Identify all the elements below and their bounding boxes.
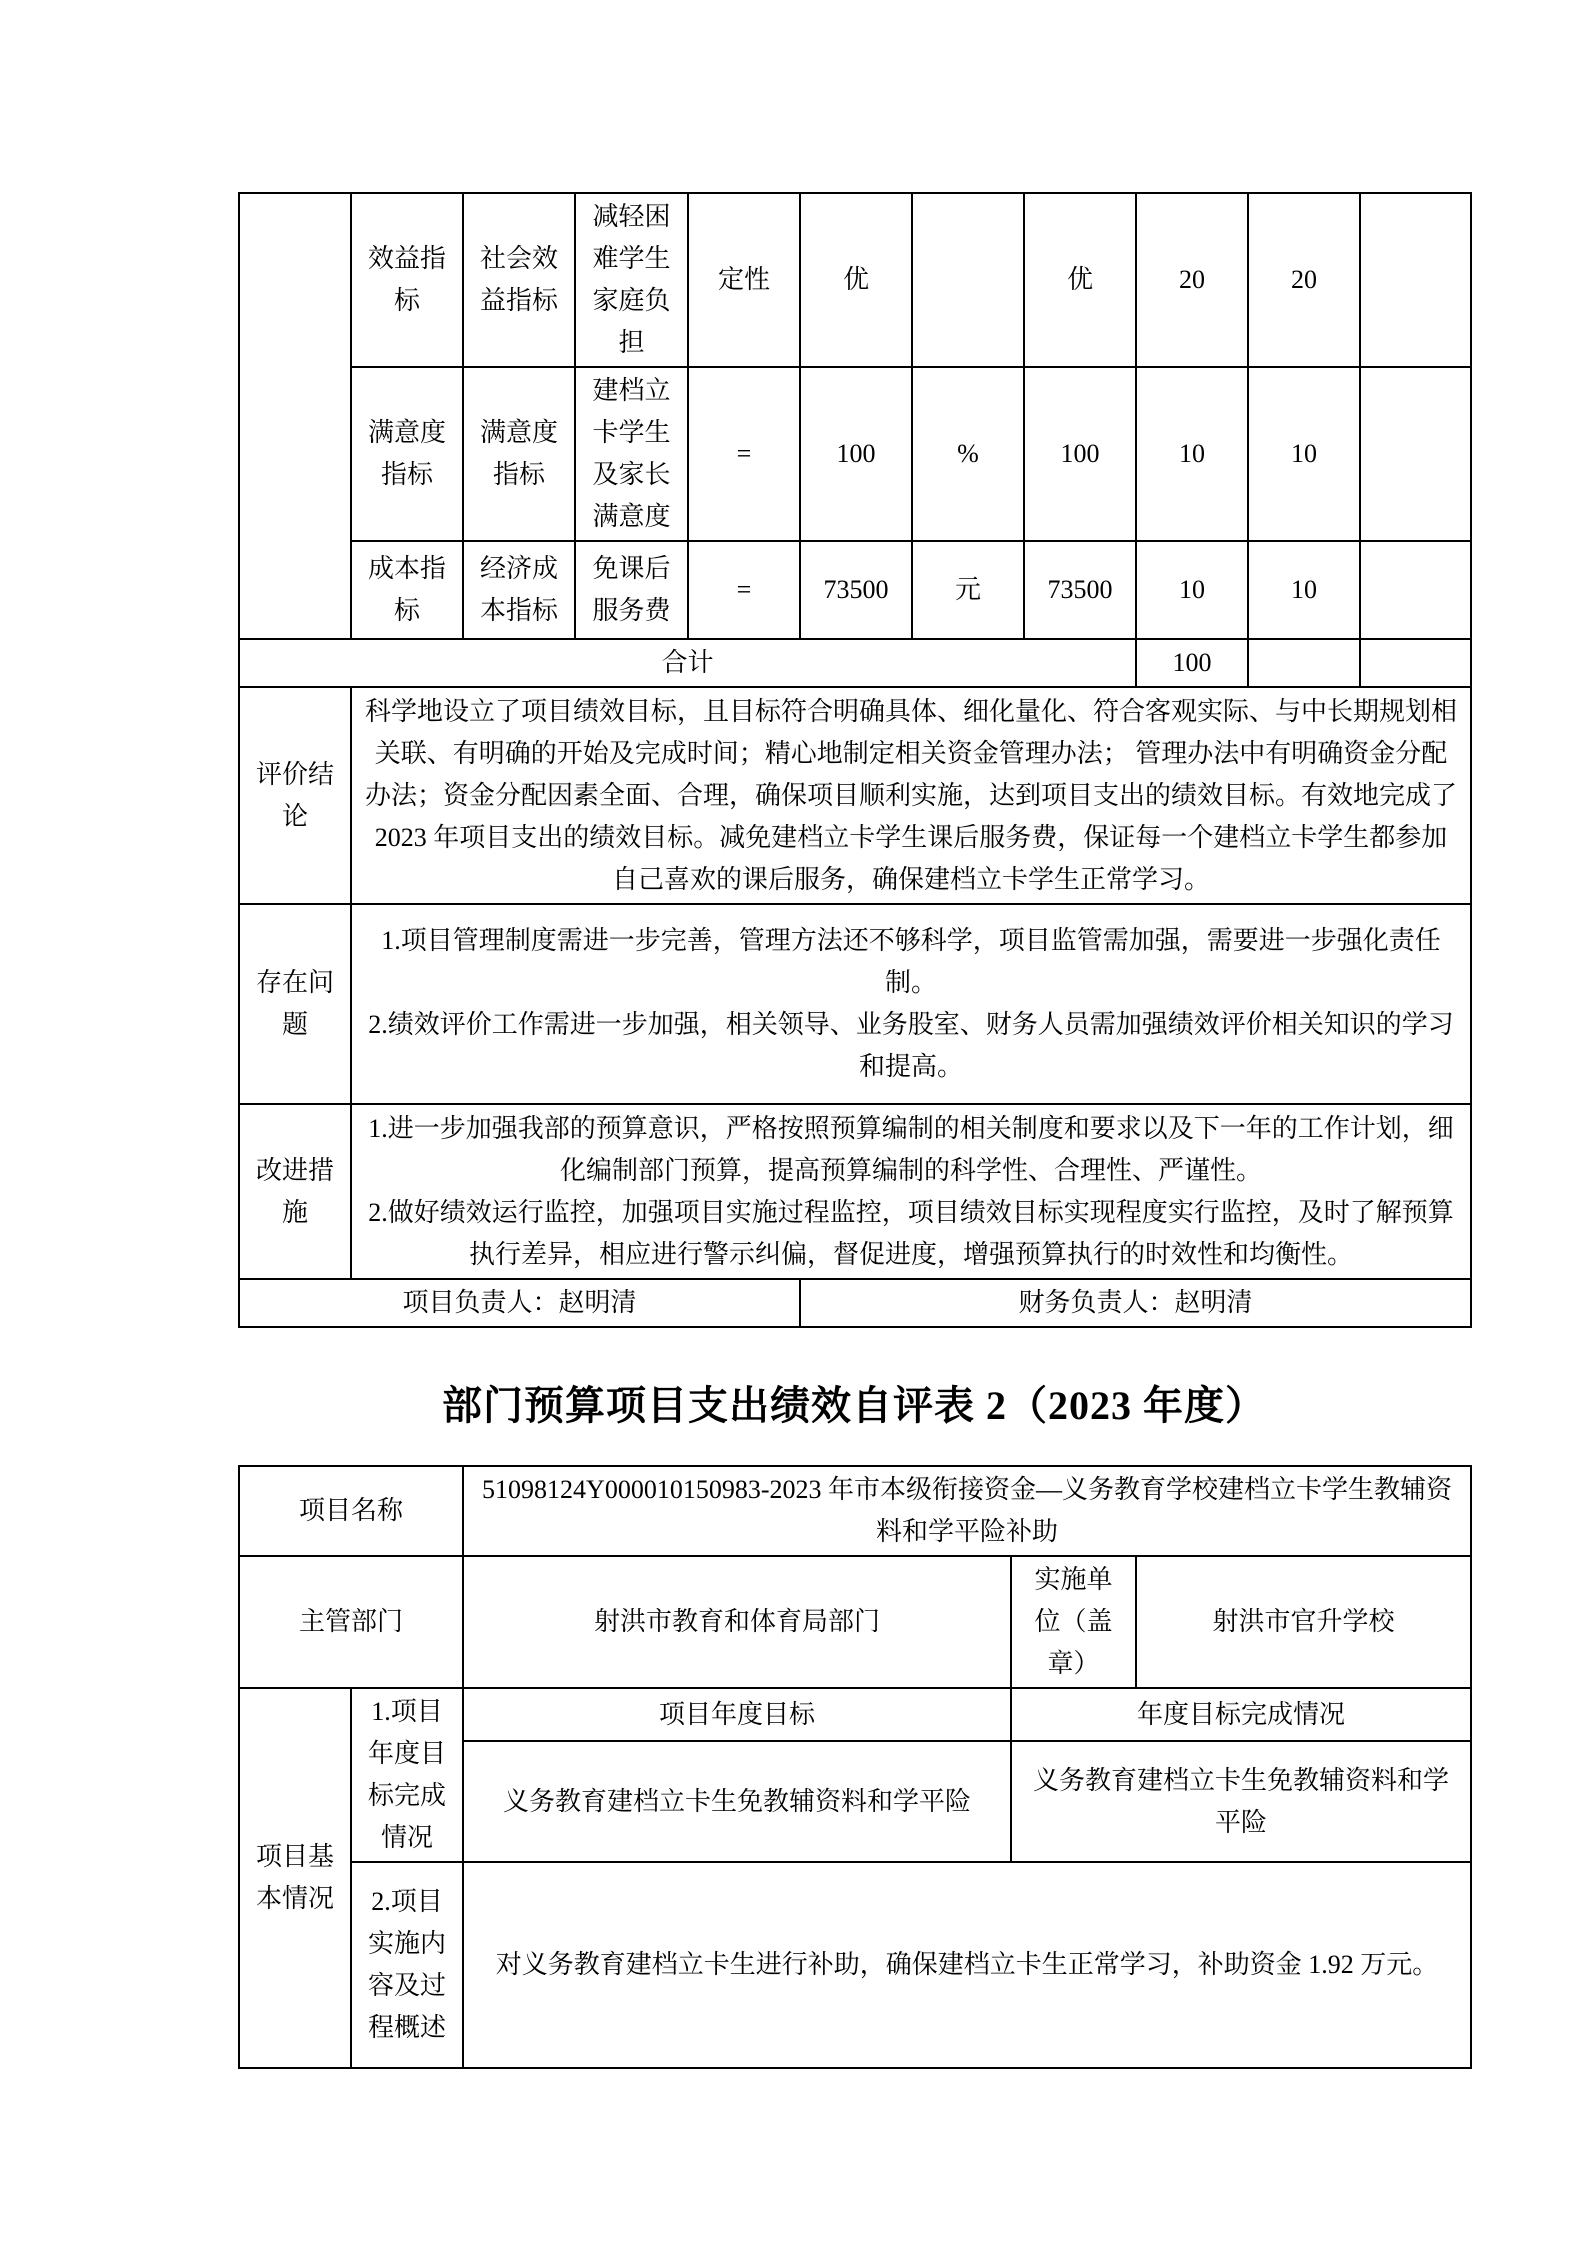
total-label-cell: 合计 [239,639,1136,687]
blank-cell [1360,367,1471,541]
indicator-level2-cell: 满意度指标 [463,367,575,541]
target-value-cell: 优 [800,193,912,367]
indicator-level2-cell: 经济成本指标 [463,541,575,639]
annual-goal-header-cell: 项目年度目标 [463,1688,1011,1741]
impl-unit-value-cell: 射洪市官升学校 [1136,1556,1471,1688]
table-row: 满意度指标 满意度指标 建档立卡学生及家长满意度 = 100 % 100 10 … [239,367,1471,541]
finance-manager-cell: 财务负责人：赵明清 [800,1279,1471,1327]
self-evaluation-table-2: 项目名称 51098124Y000010150983-2023 年市本级衔接资金… [238,1465,1472,2069]
score-cell: 20 [1248,193,1360,367]
goal-completion-text-cell: 义务教育建档立卡生免教辅资料和学平险 [1011,1741,1471,1862]
impl-text-cell: 对义务教育建档立卡生进行补助，确保建档立卡生正常学习，补助资金 1.92 万元。 [463,1862,1471,2068]
unit-cell: % [912,367,1024,541]
blank-cell [1360,541,1471,639]
project-name-value-cell: 51098124Y000010150983-2023 年市本级衔接资金—义务教育… [463,1466,1471,1556]
indicator-group-cell [239,193,351,639]
project-manager-cell: 项目负责人：赵明清 [239,1279,800,1327]
goal-row-label-cell: 1.项目年度目标完成情况 [351,1688,463,1862]
blank-cell [1360,639,1471,687]
total-row: 合计 100 [239,639,1471,687]
project-name-row: 项目名称 51098124Y000010150983-2023 年市本级衔接资金… [239,1466,1471,1556]
document-page: 效益指标 社会效益指标 减轻困难学生家庭负担 定性 优 优 20 20 满意度指… [0,0,1587,2245]
implementation-row: 2.项目实施内容及过程概述 对义务教育建档立卡生进行补助，确保建档立卡生正常学习… [239,1862,1471,2068]
score-cell: 10 [1248,367,1360,541]
basic-info-label-cell: 项目基本情况 [239,1688,351,2068]
indicator-level1-cell: 成本指标 [351,541,463,639]
actual-value-cell: 100 [1024,367,1136,541]
score-cell: 10 [1248,541,1360,639]
blank-cell [1248,639,1360,687]
blank-cell [1360,193,1471,367]
goal-header-row: 项目基本情况 1.项目年度目标完成情况 项目年度目标 年度目标完成情况 [239,1688,1471,1741]
unit-cell: 元 [912,541,1024,639]
actual-value-cell: 73500 [1024,541,1136,639]
conclusion-label-cell: 评价结论 [239,687,351,904]
target-value-cell: 73500 [800,541,912,639]
self-evaluation-table-1: 效益指标 社会效益指标 减轻困难学生家庭负担 定性 优 优 20 20 满意度指… [238,192,1472,1328]
impl-row-label-cell: 2.项目实施内容及过程概述 [351,1862,463,2068]
indicator-level3-cell: 减轻困难学生家庭负担 [575,193,688,367]
conclusion-text-cell: 科学地设立了项目绩效目标，且目标符合明确具体、细化量化、符合客观实际、与中长期规… [351,687,1471,904]
project-name-label-cell: 项目名称 [239,1466,463,1556]
annual-goal-text-cell: 义务教育建档立卡生免教辅资料和学平险 [463,1741,1011,1862]
metric-type-cell: = [688,367,800,541]
metric-type-cell: = [688,541,800,639]
measures-text-cell: 1.进一步加强我部的预算意识，严格按照预算编制的相关制度和要求以及下一年的工作计… [351,1104,1471,1279]
problems-row: 存在问题 1.项目管理制度需进一步完善，管理方法还不够科学，项目监管需加强，需要… [239,904,1471,1104]
actual-value-cell: 优 [1024,193,1136,367]
indicator-level1-cell: 效益指标 [351,193,463,367]
score-weight-cell: 10 [1136,541,1248,639]
target-value-cell: 100 [800,367,912,541]
impl-unit-label-cell: 实施单位（盖章） [1011,1556,1136,1688]
indicator-level3-cell: 建档立卡学生及家长满意度 [575,367,688,541]
goal-completion-header-cell: 年度目标完成情况 [1011,1688,1471,1741]
indicator-level1-cell: 满意度指标 [351,367,463,541]
department-value-cell: 射洪市教育和体育局部门 [463,1556,1011,1688]
indicator-level2-cell: 社会效益指标 [463,193,575,367]
metric-type-cell: 定性 [688,193,800,367]
total-score-cell: 100 [1136,639,1248,687]
page-title: 部门预算项目支出绩效自评表 2（2023 年度） [238,1374,1470,1431]
problems-label-cell: 存在问题 [239,904,351,1104]
indicator-level3-cell: 免课后服务费 [575,541,688,639]
table-row: 成本指标 经济成本指标 免课后服务费 = 73500 元 73500 10 10 [239,541,1471,639]
table-row: 效益指标 社会效益指标 减轻困难学生家庭负担 定性 优 优 20 20 [239,193,1471,367]
measures-label-cell: 改进措施 [239,1104,351,1279]
managers-row: 项目负责人：赵明清 财务负责人：赵明清 [239,1279,1471,1327]
unit-cell [912,193,1024,367]
problems-text-cell: 1.项目管理制度需进一步完善，管理方法还不够科学，项目监管需加强，需要进一步强化… [351,904,1471,1104]
score-weight-cell: 10 [1136,367,1248,541]
score-weight-cell: 20 [1136,193,1248,367]
department-row: 主管部门 射洪市教育和体育局部门 实施单位（盖章） 射洪市官升学校 [239,1556,1471,1688]
department-label-cell: 主管部门 [239,1556,463,1688]
measures-row: 改进措施 1.进一步加强我部的预算意识，严格按照预算编制的相关制度和要求以及下一… [239,1104,1471,1279]
conclusion-row: 评价结论 科学地设立了项目绩效目标，且目标符合明确具体、细化量化、符合客观实际、… [239,687,1471,904]
